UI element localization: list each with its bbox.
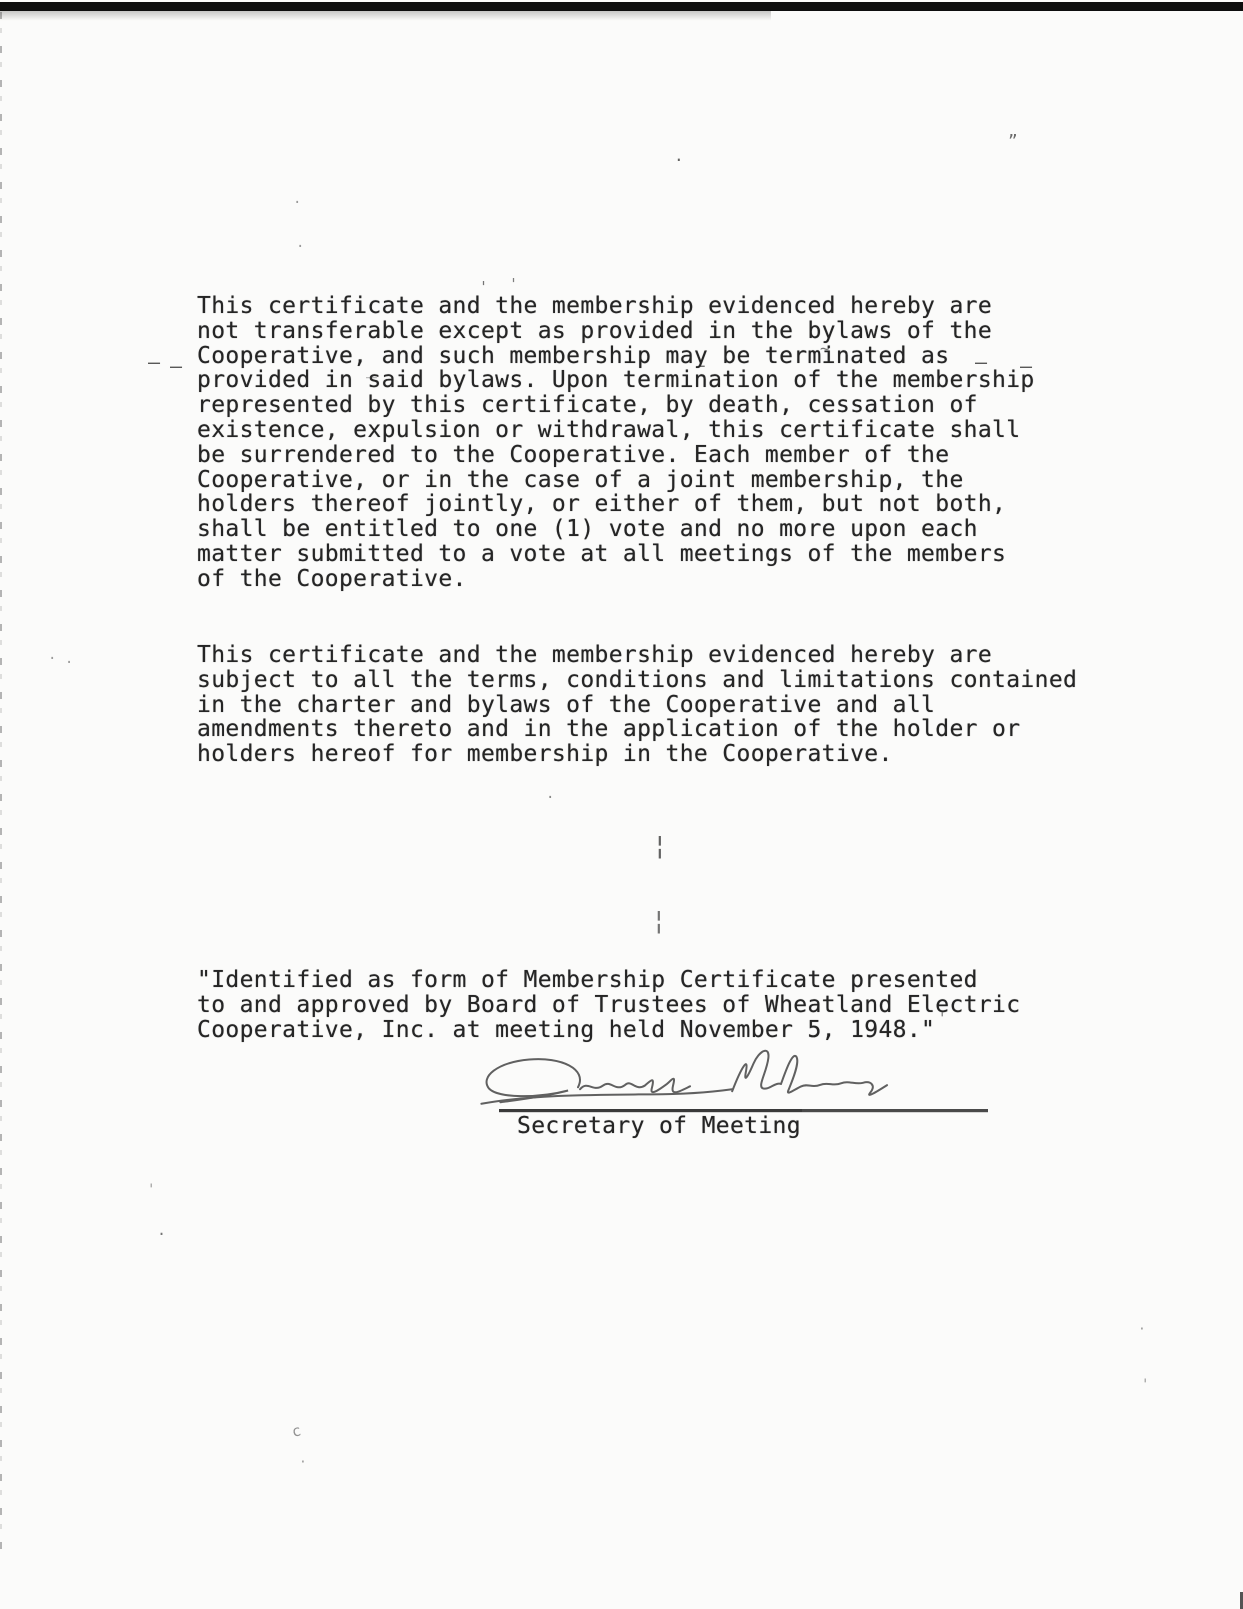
scan-artifact: ” [1008,133,1018,149]
scan-edge-left [0,12,2,1557]
scan-artifact: ' [938,1012,946,1026]
paragraph-transferability: This certificate and the membership evid… [197,294,1035,592]
paragraph-terms: This certificate and the membership evid… [197,643,1077,767]
scan-smear-top [0,11,771,25]
scan-artifact: - [697,357,708,375]
signature-title: Secretary of Meeting [517,1114,801,1139]
scan-artifact: · . [48,652,73,666]
scan-artifact: – [1020,356,1032,376]
scan-artifact: ~ [820,341,830,357]
scan-artifact: · [157,1227,166,1242]
scan-artifact: · [299,1456,307,1469]
scan-artifact: _ [366,360,377,378]
scan-artifact: ' [509,277,518,292]
scan-artifact: – [170,356,182,376]
scan-artifact: ' [1141,1378,1149,1392]
scan-edge-top [0,2,1243,11]
scan-artifact: c [291,1423,303,1440]
scan-artifact: – [975,352,987,372]
scan-artifact: – [148,352,160,372]
scan-artifact: ¦ [652,833,668,859]
signature-line [499,1109,988,1112]
scan-artifact: ' [479,280,488,295]
scan-artifact: ' [147,1183,155,1197]
scanned-document-page: This certificate and the membership evid… [0,0,1243,1609]
scan-artifact: . [674,148,684,164]
scan-artifact: · [293,196,301,210]
scan-artifact: · [296,240,304,254]
scan-artifact: · [1138,1323,1146,1336]
scan-artifact: ¦ [651,908,667,934]
paragraph-attestation: "Identified as form of Membership Certif… [197,968,1020,1042]
scan-artifact: · [546,791,554,805]
